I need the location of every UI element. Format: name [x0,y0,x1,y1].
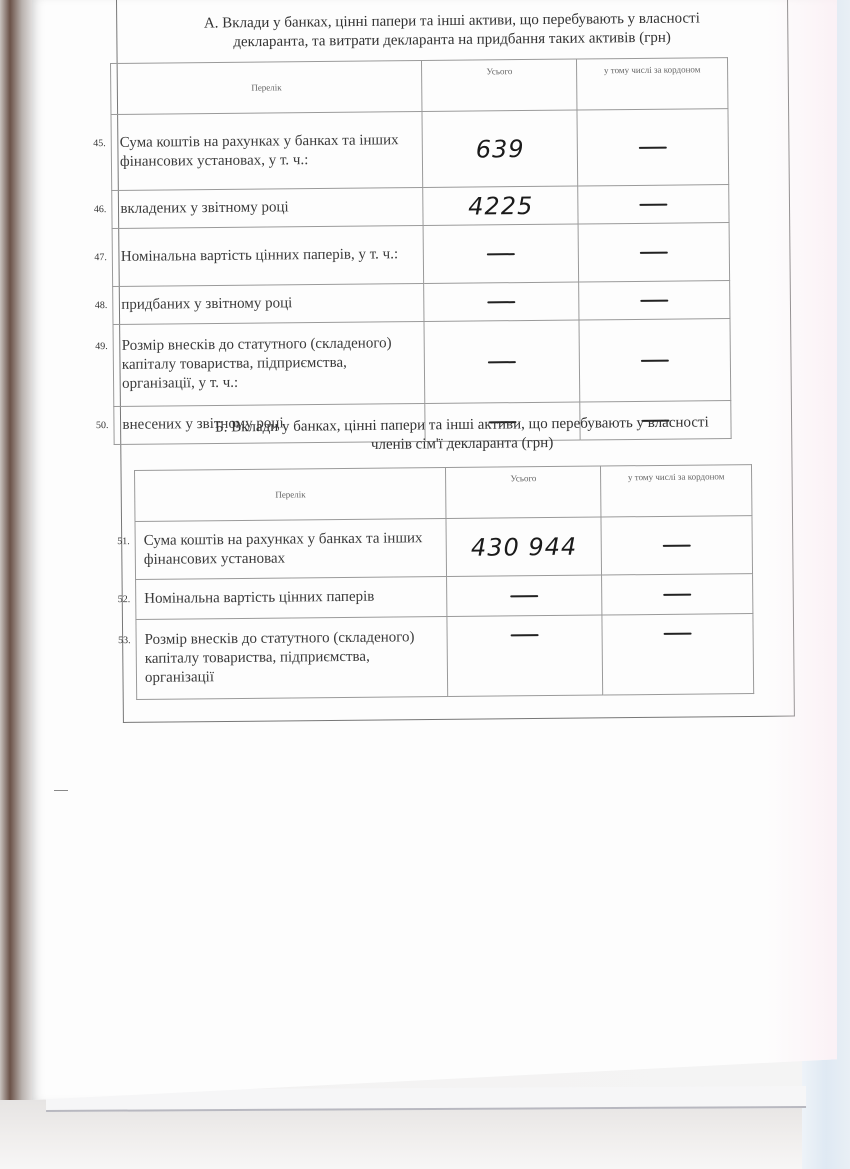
total-value: 639 [476,135,525,163]
header-abroad: у тому числі за кордоном [577,58,728,110]
row-label: придбаних у звітному році [121,295,292,313]
dash-mark [488,301,516,303]
table-row: 45.Сума коштів на рахунках у банках та і… [111,109,729,191]
header-list: Перелік [111,61,423,115]
dash-mark [663,544,691,546]
abroad-cell[interactable] [602,574,753,615]
header-list: Перелік [135,468,447,522]
total-cell[interactable] [447,575,602,616]
abroad-cell[interactable] [579,281,730,320]
dash-mark [487,253,515,255]
section-a-table: Перелік Усього у тому числі за кордоном … [110,57,732,445]
dash-mark [640,203,668,205]
header-abroad: у тому числі за кордоном [601,465,752,517]
row-number: 52. [106,590,130,609]
total-value: 430 944 [471,532,578,561]
dash-mark [664,633,692,635]
abroad-cell[interactable] [602,614,754,695]
section-a-title: А. Вклади у банках, цінні папери та інші… [122,9,782,54]
dash-mark [640,251,668,253]
row-number: 51. [106,532,130,551]
row-label: Номінальна вартість цінних паперів [144,589,374,607]
total-cell[interactable] [424,224,579,283]
section-b-table: Перелік Усього у тому числі за кордоном … [134,464,754,700]
table-row: 51.Сума коштів на рахунках у банках та і… [135,516,753,580]
total-cell[interactable]: 430 944 [446,517,601,576]
table-row: 52.Номінальна вартість цінних паперів [136,574,753,620]
total-value: 4225 [468,191,533,220]
total-cell[interactable] [447,615,603,696]
row-label: Номінальна вартість цінних паперів, у т.… [121,246,398,265]
header-total: Усього [422,59,577,111]
row-number: 47. [83,248,107,267]
total-cell[interactable] [424,320,580,403]
dash-mark [640,299,668,301]
table-header-row: Перелік Усього у тому числі за кордоном [135,465,752,522]
abroad-cell[interactable] [601,516,752,575]
row-label: Розмір внесків до статутного (складеного… [145,629,415,686]
dash-mark [511,595,539,597]
table-row: 47.Номінальна вартість цінних паперів, у… [112,223,730,287]
abroad-cell[interactable] [578,185,729,224]
dash-mark [639,146,667,148]
table-header-row: Перелік Усього у тому числі за кордоном [111,58,728,115]
total-cell[interactable]: 639 [422,110,578,187]
section-b-title: Б. Вклади у банках, цінні папери та інші… [132,413,792,458]
row-label: Сума коштів на рахунках у банках та інши… [144,530,423,568]
table-row: 49.Розмір внесків до статутного (складен… [113,319,731,407]
row-number: 46. [82,200,106,219]
table-row: 46.вкладених у звітному році 4225 [112,185,729,229]
abroad-cell[interactable] [579,319,731,402]
total-cell[interactable]: 4225 [423,186,578,225]
abroad-cell[interactable] [577,109,728,186]
row-number: 48. [83,296,107,315]
row-label: Сума коштів на рахунках у банках та інши… [120,132,399,170]
dash-mark [663,593,691,595]
declaration-page: А. Вклади у банках, цінні папери та інші… [32,0,837,1100]
row-label: Розмір внесків до статутного (складеного… [122,335,392,392]
table-row: 53.Розмір внесків до статутного (складен… [136,614,754,700]
scan-mark [54,790,68,791]
abroad-cell[interactable] [578,223,729,282]
table-row: 48.придбаних у звітному році [113,281,730,325]
row-number: 50. [84,416,108,435]
dash-mark [641,359,669,361]
dash-mark [488,361,516,363]
row-number: 53. [107,631,131,650]
row-number: 45. [82,134,106,153]
row-label: вкладених у звітному році [120,199,288,217]
header-total: Усього [446,466,601,518]
dash-mark [511,634,539,636]
row-number: 49. [84,337,108,356]
total-cell[interactable] [424,282,579,321]
